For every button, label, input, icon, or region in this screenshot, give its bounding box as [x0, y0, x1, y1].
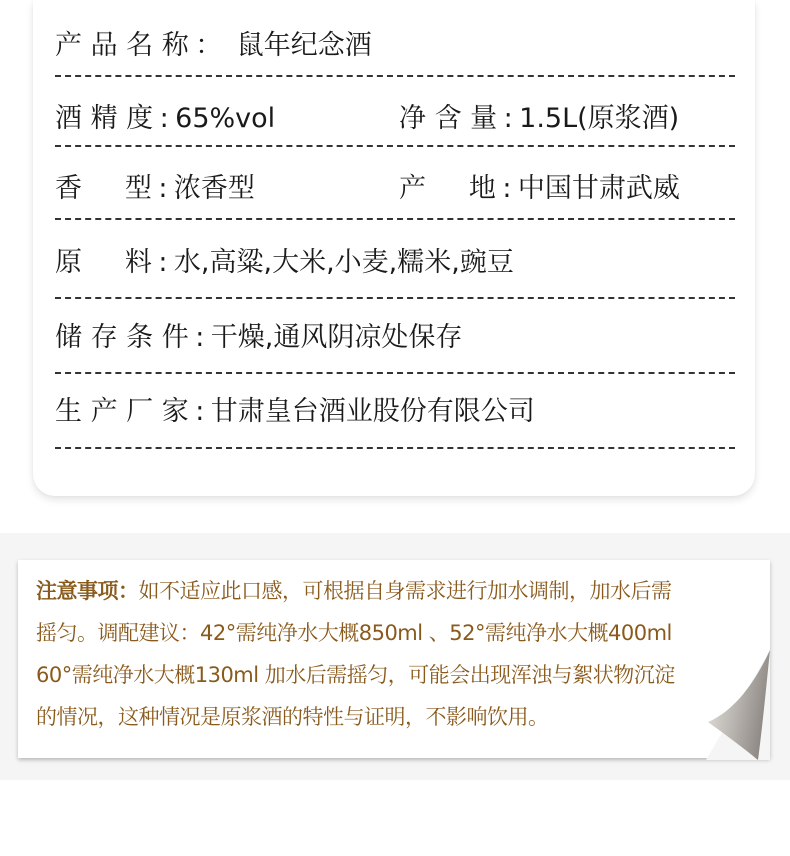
page-curl-icon	[706, 650, 770, 760]
spec-colon: :	[152, 245, 174, 281]
spec-label: 产 品 名 称	[55, 28, 189, 64]
note-text: 注意事项：如不适应此口感，可根据自身需求进行加水调制，加水后需 摇匀。调配建议：…	[36, 570, 756, 738]
spec-colon: ：	[189, 28, 229, 64]
dashed-divider	[55, 372, 735, 374]
spec-row-product-name: 产 品 名 称：鼠年纪念酒	[55, 28, 735, 64]
spec-row-alcohol-net: 酒 精 度:65%vol 净 含 量:1.5L(原浆酒)	[55, 101, 735, 137]
spec-label: 原 料	[55, 245, 152, 281]
note-line-1: 注意事项：如不适应此口感，可根据自身需求进行加水调制，加水后需	[36, 570, 756, 612]
dashed-divider	[55, 145, 735, 147]
spec-row-aroma-origin: 香 型:浓香型 产 地:中国甘肃武威	[55, 171, 735, 207]
spec-value: 中国甘肃武威	[518, 173, 680, 204]
spec-label: 产 地	[399, 171, 496, 207]
spec-colon: :	[189, 320, 211, 356]
spec-colon: :	[153, 101, 175, 137]
spec-label: 香 型	[55, 171, 152, 207]
spec-label: 净 含 量	[399, 101, 497, 137]
dashed-divider	[55, 297, 735, 299]
spec-value: 甘肃皇台酒业股份有限公司	[211, 396, 535, 427]
spec-value: 干燥,通风阴凉处保存	[211, 322, 463, 353]
spec-label: 酒 精 度	[55, 101, 153, 137]
note-line-4: 的情况，这种情况是原浆酒的特性与证明，不影响饮用。	[36, 696, 756, 738]
spec-label: 生 产 厂 家	[55, 394, 189, 430]
spec-colon: :	[496, 171, 518, 207]
dashed-divider	[55, 75, 735, 77]
spec-value: 浓香型	[174, 173, 255, 204]
spec-value: 65%vol	[175, 103, 275, 134]
spec-colon: :	[497, 101, 519, 137]
note-line-text: 如不适应此口感，可根据自身需求进行加水调制，加水后需	[139, 579, 672, 603]
spec-row-ingredients: 原 料:水,高粱,大米,小麦,糯米,豌豆	[55, 245, 735, 281]
spec-label: 储 存 条 件	[55, 320, 189, 356]
note-line-2: 摇匀。调配建议：42°需纯净水大概850ml 、52°需纯净水大概400ml	[36, 612, 756, 654]
spec-value: 鼠年纪念酒	[237, 30, 372, 61]
spec-colon: :	[189, 394, 211, 430]
spec-row-storage: 储 存 条 件:干燥,通风阴凉处保存	[55, 320, 735, 356]
spec-value: 1.5L(原浆酒)	[519, 103, 679, 134]
note-line-3: 60°需纯净水大概130ml 加水后需摇匀，可能会出现浑浊与絮状物沉淀	[36, 654, 756, 696]
spec-value: 水,高粱,大米,小麦,糯米,豌豆	[174, 247, 514, 278]
product-spec-card: 产 品 名 称：鼠年纪念酒 酒 精 度:65%vol 净 含 量:1.5L(原浆…	[33, 0, 755, 496]
spec-row-manufacturer: 生 产 厂 家:甘肃皇台酒业股份有限公司	[55, 394, 735, 430]
dashed-divider	[55, 218, 735, 220]
note-title: 注意事项：	[36, 579, 139, 603]
dashed-divider	[55, 447, 735, 449]
spec-colon: :	[152, 171, 174, 207]
